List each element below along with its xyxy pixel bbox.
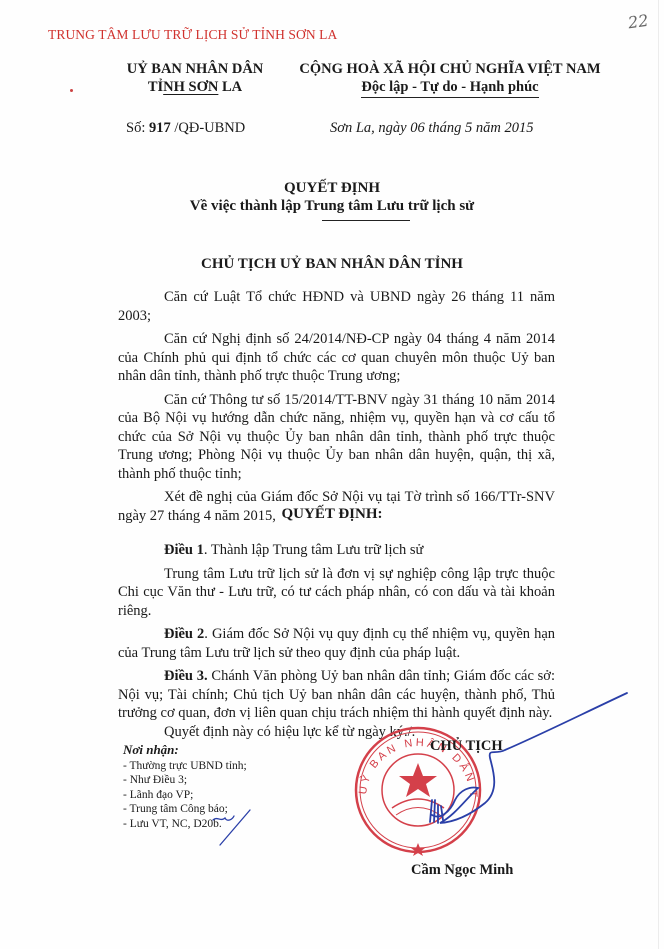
document-page: TRUNG TÂM LƯU TRỮ LỊCH SỬ TỈNH SƠN LA 22… <box>0 0 664 949</box>
seal-and-signatures: UỶ BAN NHÂN DÂN TỈNH SƠN LA <box>0 0 664 949</box>
signer-title: CHỦ TỊCH <box>430 738 503 755</box>
official-seal-icon: UỶ BAN NHÂN DÂN TỈNH SƠN LA <box>0 0 480 856</box>
initial-signature-icon <box>213 810 250 845</box>
signer-name: Cầm Ngọc Minh <box>411 862 513 879</box>
svg-text:UỶ BAN NHÂN DÂN TỈNH SƠN LA: UỶ BAN NHÂN DÂN TỈNH SƠN LA <box>0 0 479 801</box>
scan-edge <box>658 0 659 949</box>
